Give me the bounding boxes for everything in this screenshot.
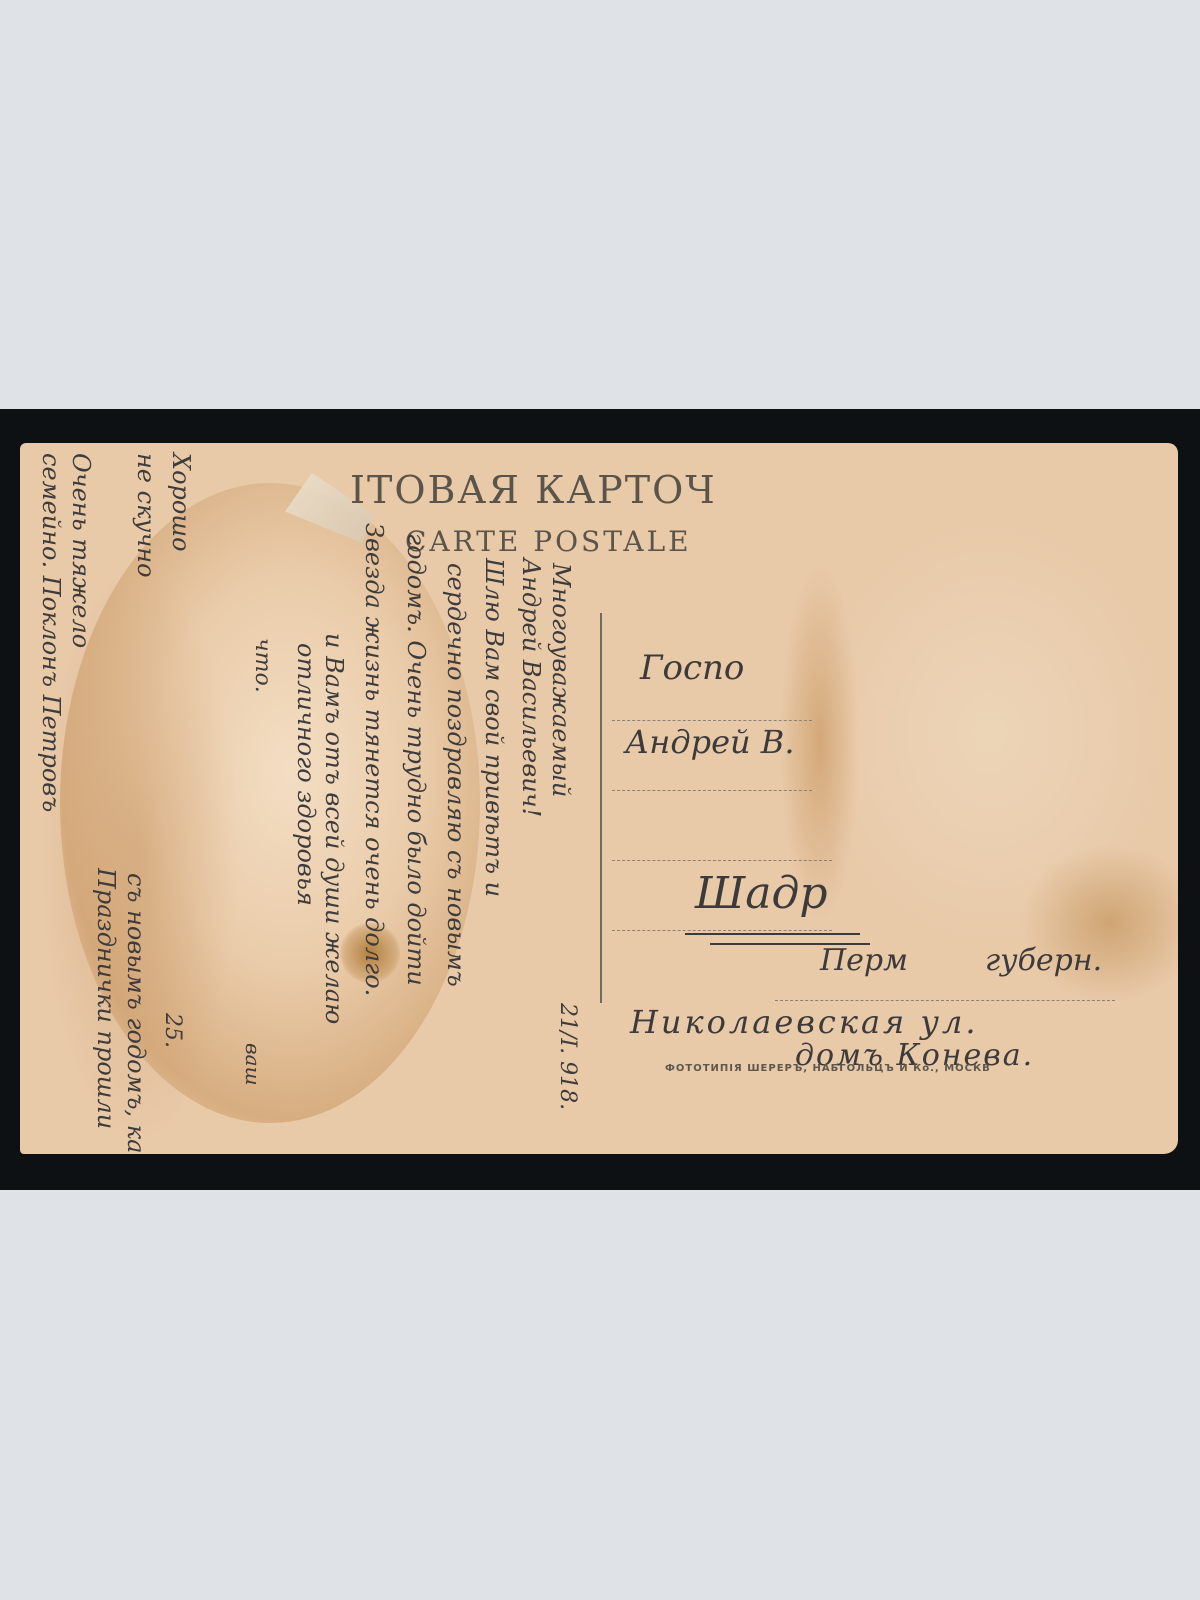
message-line: отличного здоровья: [292, 643, 320, 906]
message-line: Андрей Васильевич!: [517, 558, 545, 817]
message-line: не скучно: [132, 453, 160, 578]
address-line: [612, 790, 812, 791]
message-line: сердечно поздравляю съ новымъ: [442, 563, 470, 987]
message-line: Звезда жизнь тянется очень долго.: [360, 523, 388, 996]
message-line: годомъ. Очень трудно было дойти: [402, 533, 430, 986]
address-town: Шадр: [695, 868, 828, 919]
message-line: семейно. Поклонъ Петровъ: [37, 453, 65, 812]
message-line: Очень тяжело: [67, 453, 95, 648]
address-divider-line: [600, 613, 602, 1003]
address-line: [612, 930, 832, 931]
water-stain: [1020, 843, 1178, 1003]
address-gubernia: губерн.: [985, 943, 1102, 978]
message-line: ваш: [241, 1043, 265, 1086]
message-line: 25.: [160, 1013, 185, 1048]
address-line: [775, 1000, 1115, 1001]
message-line: Празднички прошли: [92, 868, 120, 1129]
address-line: [612, 720, 812, 721]
postcard: ІТОВАЯ КАРТОЧ CARTE POSTALE Госпо Андрей…: [20, 443, 1178, 1154]
message-line: что.: [250, 638, 275, 693]
printed-header-french: CARTE POSTALE: [405, 525, 692, 558]
message-date: 21/I. 918.: [555, 1003, 580, 1110]
address-line: [612, 860, 832, 861]
message-line: Многоуважаемый: [547, 563, 575, 797]
paper-fade: [800, 503, 1178, 963]
address-city: Перм: [820, 943, 908, 978]
address-street: Николаевская ул.: [630, 1003, 978, 1041]
printer-imprint: ФОТОТИПIЯ ШЕРЕРЪ, НАБГОЛЬЦЪ И Ко., МОСКВ: [665, 1063, 991, 1074]
address-recipient-name: Андрей В.: [625, 723, 794, 761]
address-salutation: Госпо: [640, 648, 744, 688]
message-line: и Вамъ отъ всей души желаю: [320, 633, 348, 1024]
message-line: Шлю Вам свой привѣтъ и: [480, 558, 508, 897]
printed-header-cyrillic: ІТОВАЯ КАРТОЧ: [350, 468, 717, 512]
message-line: Хорошо: [167, 453, 195, 552]
message-line: съ новымъ годомъ, как: [122, 873, 150, 1154]
address-town-underline: [685, 933, 860, 935]
